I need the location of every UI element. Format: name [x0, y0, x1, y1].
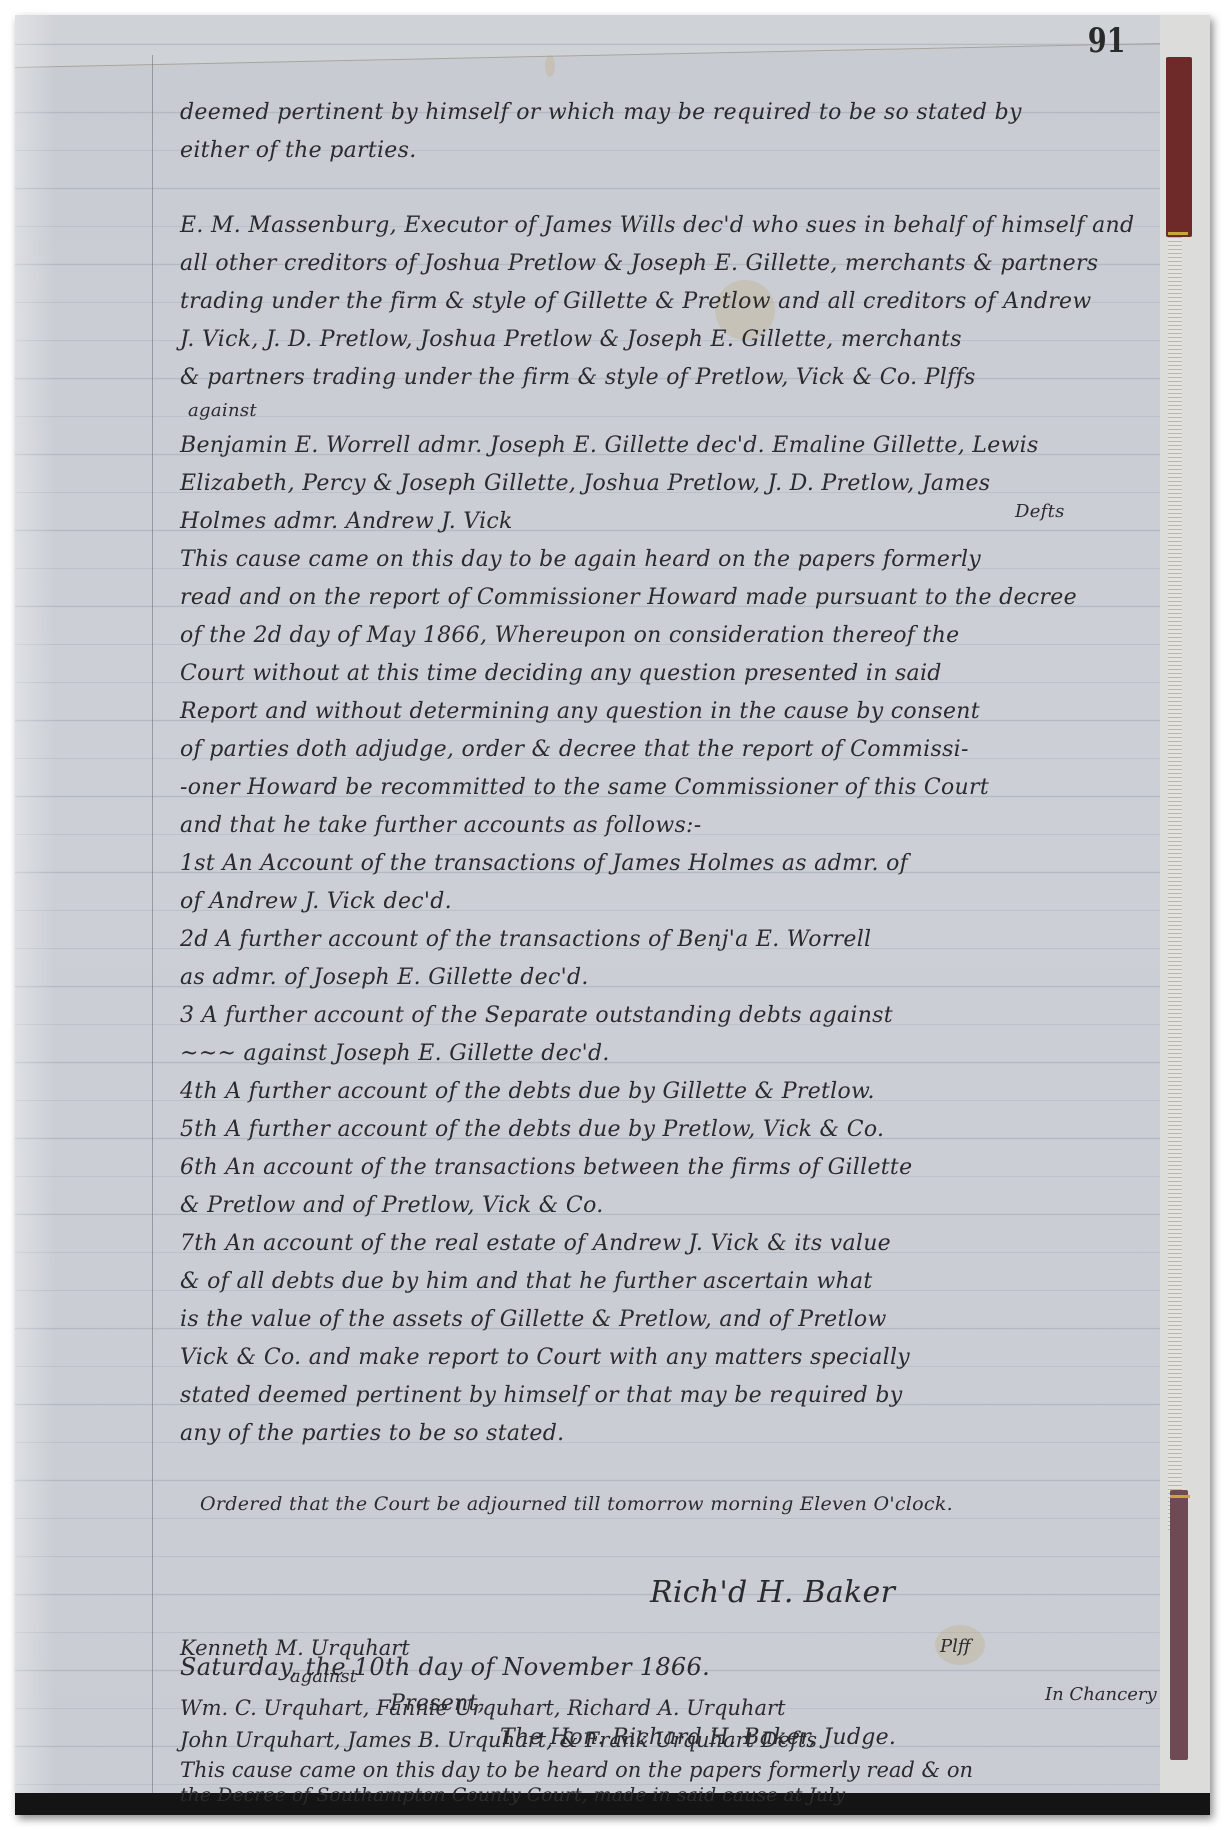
account-line: Vick & Co. and make report to Court with… [180, 1345, 910, 1370]
ribbon-gold-band [1168, 232, 1188, 235]
account-line: 5th A further account of the debts due b… [180, 1117, 884, 1142]
bookmark-ribbon-top [1166, 57, 1192, 237]
text-line: deemed pertinent by himself or which may… [180, 100, 1022, 125]
defendant-line: Elizabeth, Percy & Joseph Gillette, Josh… [180, 471, 990, 496]
body-line: Report and without determining any quest… [180, 699, 980, 724]
account-line: 4th A further account of the debts due b… [180, 1079, 875, 1104]
account-line: is the value of the assets of Gillette &… [180, 1307, 887, 1332]
body-line: Court without at this time deciding any … [180, 661, 942, 686]
defts-label: Defts [1015, 501, 1065, 522]
against-label: against [290, 1666, 357, 1687]
ledger-page: 91 deemed pertinent by himself or which … [15, 15, 1160, 1793]
plaintiff-line: J. Vick, J. D. Pretlow, Joshua Pretlow &… [180, 327, 962, 352]
case2-block: Kenneth M. Urquhart Plff against In Chan… [180, 1578, 1140, 1798]
account-line: 3 A further account of the Separate outs… [180, 1003, 893, 1028]
account-line: any of the parties to be so stated. [180, 1421, 564, 1446]
defendant-line: Wm. C. Urquhart, Fannie Urquhart, Richar… [180, 1696, 785, 1720]
account-line: stated deemed pertinent by himself or th… [180, 1383, 902, 1408]
body-line: the Decree of Southampton County Court, … [180, 1784, 845, 1806]
text-line: either of the parties. [180, 138, 417, 163]
account-line: & Pretlow and of Pretlow, Vick & Co. [180, 1193, 604, 1218]
paper-stain [545, 55, 555, 77]
body-line: of parties doth adjudge, order & decree … [180, 737, 969, 762]
page-number: 91 [1087, 21, 1125, 61]
ribbon-gold-band [1170, 1495, 1190, 1498]
account-line: 6th An account of the transactions betwe… [180, 1155, 912, 1180]
account-line: 1st An Account of the transactions of Ja… [180, 851, 908, 876]
plaintiff-line: trading under the firm & style of Gillet… [180, 289, 1091, 314]
account-line: ~~~ against Joseph E. Gillette dec'd. [180, 1041, 610, 1066]
defendant-line: Benjamin E. Worrell admr. Joseph E. Gill… [180, 433, 1039, 458]
plaintiff-line: & partners trading under the firm & styl… [180, 365, 976, 390]
case2-plaintiff: Kenneth M. Urquhart [180, 1636, 410, 1660]
against-label: against [188, 400, 257, 421]
defendant-line: John Urquhart, James B. Urquhart, & Fran… [180, 1728, 817, 1752]
plaintiff-line: all other creditors of Joshua Pretlow & … [180, 251, 1098, 276]
margin-line [152, 55, 153, 1793]
account-line: 2d A further account of the transactions… [180, 927, 871, 952]
account-line: & of all debts due by him and that he fu… [180, 1269, 873, 1294]
body-line: This cause came on this day to be heard … [180, 1758, 973, 1782]
page-left-shade [15, 15, 55, 1793]
body-line: -oner Howard be recommitted to the same … [180, 775, 989, 800]
body-line: read and on the report of Commissioner H… [180, 585, 1077, 610]
plaintiff-line: E. M. Massenburg, Executor of James Will… [180, 213, 1134, 238]
account-line: 7th An account of the real estate of And… [180, 1231, 891, 1256]
plff-label: Plff [940, 1636, 971, 1657]
binding-stitching [1168, 230, 1182, 1530]
adjournment-order: Ordered that the Court be adjourned till… [200, 1493, 953, 1515]
in-chancery-label: In Chancery [1045, 1684, 1157, 1705]
body-line: This cause came on this day to be again … [180, 547, 981, 572]
body-line: of the 2d day of May 1866, Whereupon on … [180, 623, 959, 648]
account-line: as admr. of Joseph E. Gillette dec'd. [180, 965, 589, 990]
bookmark-ribbon-bottom [1170, 1490, 1188, 1760]
account-line: of Andrew J. Vick dec'd. [180, 889, 452, 914]
body-line: and that he take further accounts as fol… [180, 813, 702, 838]
defendant-line: Holmes admr. Andrew J. Vick [180, 509, 513, 534]
